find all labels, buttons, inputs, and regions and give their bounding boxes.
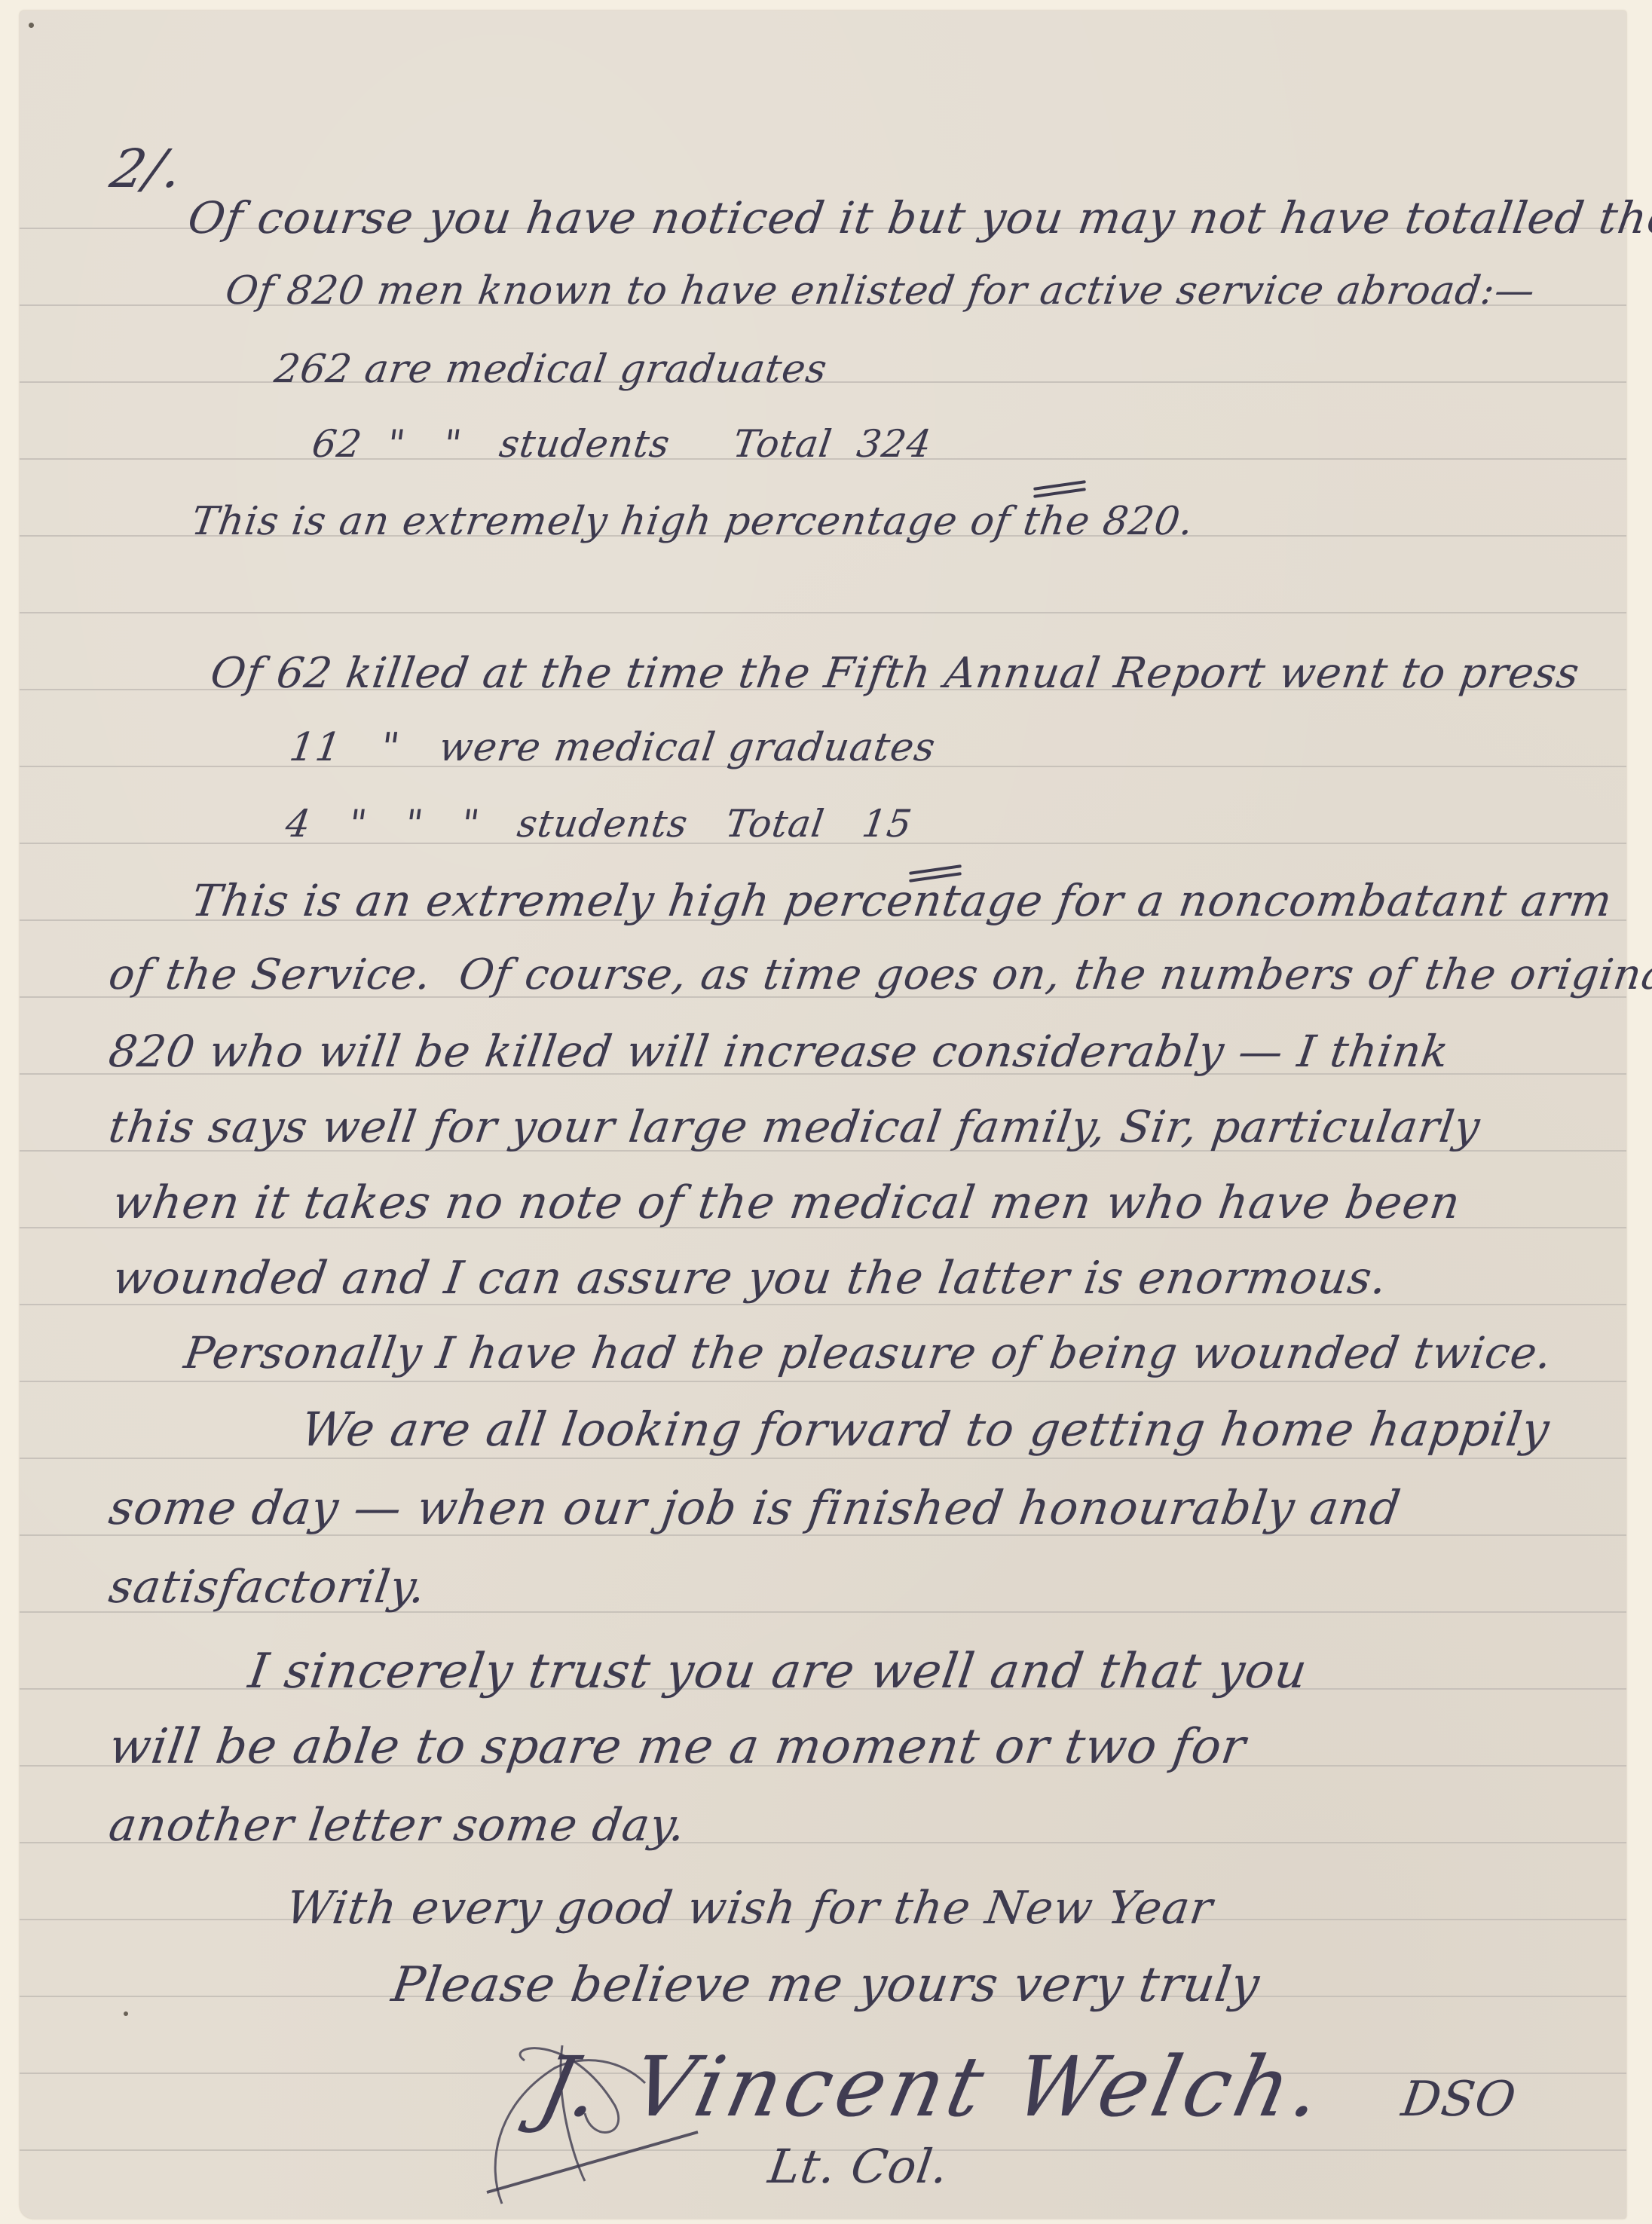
letter-line-12: this says well for your large medical fa… <box>106 1105 1483 1149</box>
letter-line-14: wounded and I can assure you the latter … <box>110 1256 1390 1301</box>
letter-line-3: 262 are medical graduates <box>272 350 830 389</box>
letter-line-7: 11 " were medical graduates <box>287 728 938 767</box>
letter-line-18: satisfactorily. <box>106 1565 429 1610</box>
letter-line-19: I sincerely trust you are well and that … <box>246 1647 1311 1696</box>
letter-line-16: We are all looking forward to getting ho… <box>298 1406 1553 1453</box>
letter-line-13: when it takes no note of the medical men… <box>110 1180 1464 1225</box>
paper-speck <box>29 23 34 28</box>
letter-line-17: some day — when our job is finished hono… <box>106 1485 1404 1531</box>
letter-line-1: Of course you have noticed it but you ma… <box>185 196 1652 240</box>
letter-line-10: of the Service. Of course, as time goes … <box>106 954 1652 996</box>
letter-line-4: 62 " " students Total 324 <box>310 425 934 463</box>
letter-line-22: With every good wish for the New Year <box>283 1886 1216 1931</box>
letter-line-11: 820 who will be killed will increase con… <box>106 1029 1452 1073</box>
letter-line-9: This is an extremely high percentage for… <box>189 879 1615 922</box>
signature-name: J. Vincent Welch. <box>532 2045 1333 2128</box>
ruled-line <box>20 1381 1626 1382</box>
letter-line-15: Personally I have had the pleasure of be… <box>182 1331 1555 1375</box>
paper-speck <box>124 2011 128 2016</box>
letter-line-8: 4 " " " students Total 15 <box>283 805 915 843</box>
letter-line-23: Please believe me yours very truly <box>389 1961 1263 2009</box>
letter-line-2: Of 820 men known to have enlisted for ac… <box>223 271 1537 311</box>
letter-line-6: Of 62 killed at the time the Fifth Annua… <box>208 653 1582 695</box>
letter-line-20: will be able to spare me a moment or two… <box>106 1723 1249 1771</box>
letter-page: 2/. Of course you have noticed it but yo… <box>20 11 1626 2219</box>
letter-line-5: This is an extremely high percentage of … <box>189 502 1196 541</box>
page-number: 2/. <box>106 142 188 195</box>
ruled-line <box>20 612 1626 613</box>
letter-line-21: another letter some day. <box>106 1803 689 1848</box>
signature-honours: DSO <box>1399 2076 1519 2124</box>
signature-rank: Lt. Col. <box>766 2143 952 2190</box>
ruled-line <box>20 1458 1626 1459</box>
